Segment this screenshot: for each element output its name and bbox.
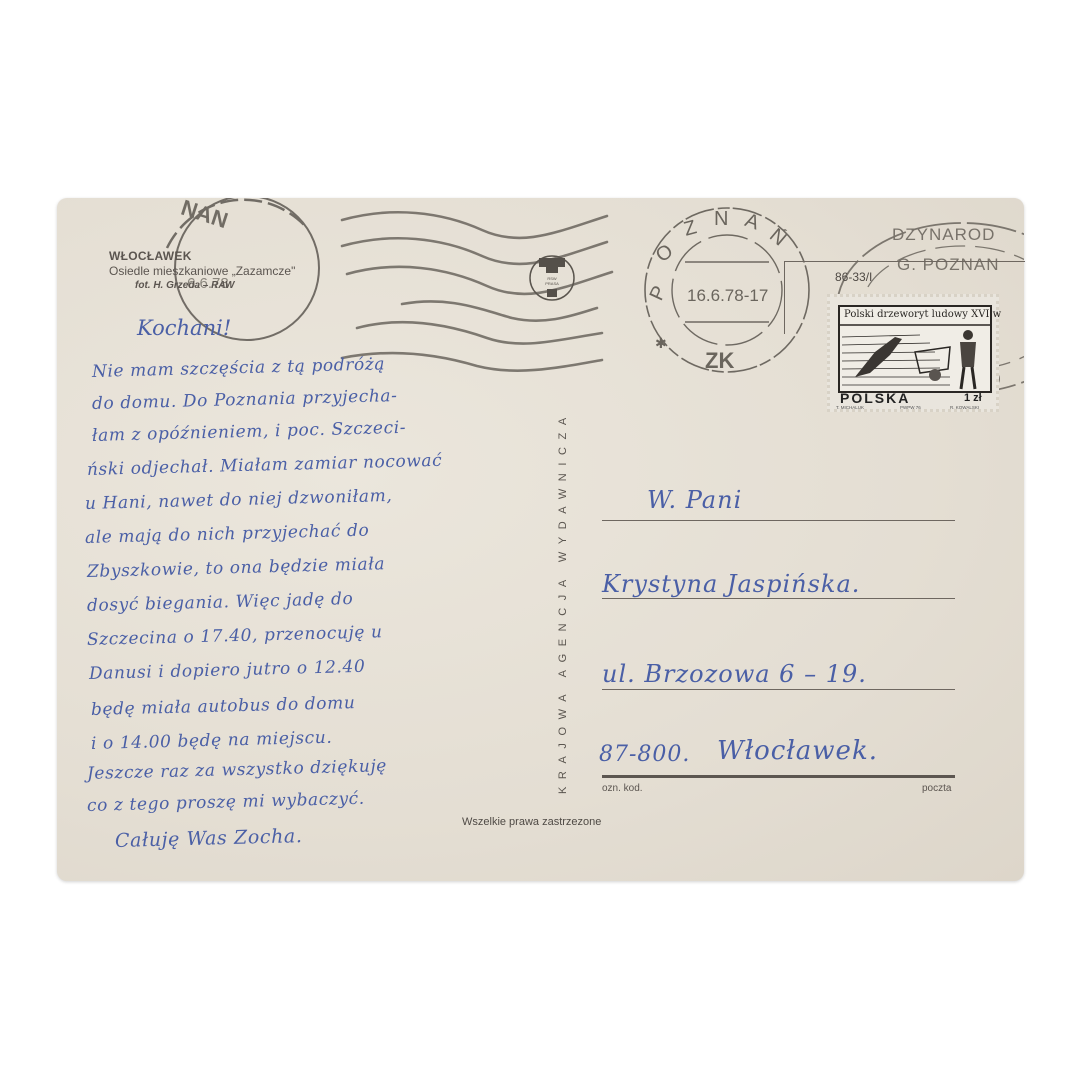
stamp-country: POLSKA xyxy=(840,390,910,406)
svg-text:Ń: Ń xyxy=(765,224,791,251)
address-rule-4 xyxy=(602,775,955,778)
place-title: WŁOCŁAWEK xyxy=(109,249,192,263)
address-rule-1 xyxy=(602,520,955,521)
rights-notice: Wszelkie prawa zastrzezone xyxy=(462,816,601,828)
stamp-designer: T. MICHALUK xyxy=(836,405,864,410)
address-line-3: ul. Brzozowa 6 – 19. xyxy=(602,660,867,688)
postcard: RSW PRASA NAN 6.6.78 16.6.78-17 P O Z N … xyxy=(57,198,1024,881)
stamp-artwork: Polski drzeworyt ludowy XVI w xyxy=(838,305,992,393)
wavy-cancellation-lines xyxy=(342,212,612,370)
stamp-engraver: R. KOWALSKI xyxy=(950,405,979,410)
svg-text:16.6.78-17: 16.6.78-17 xyxy=(687,286,768,305)
stamp-printer: PWPW 76 xyxy=(900,405,921,410)
svg-text:DZYNAROD: DZYNAROD xyxy=(892,225,995,244)
svg-text:✱: ✱ xyxy=(655,335,667,351)
postage-stamp: Polski drzeworyt ludowy XVI w POLSKA 1 xyxy=(827,294,999,412)
svg-text:ZK: ZK xyxy=(705,348,734,373)
address-rule-3 xyxy=(602,689,955,690)
address-line-1: W. Pani xyxy=(647,486,742,514)
svg-text:N: N xyxy=(714,208,728,230)
svg-text:Z: Z xyxy=(681,216,698,240)
address-rule-2 xyxy=(602,598,955,599)
woodcut-fisherman-icon xyxy=(840,307,990,391)
postal-code-label: ozn. kod. xyxy=(602,783,643,794)
svg-text:O: O xyxy=(652,240,677,267)
publisher-logo: RSW PRASA xyxy=(530,256,574,300)
address-line-2: Krystyna Jaspińska. xyxy=(602,570,860,598)
address-postal-code: 87-800. xyxy=(599,742,690,767)
svg-text:P: P xyxy=(646,283,672,304)
catalog-number: 86-33/I xyxy=(835,270,872,284)
publisher-vertical-text: KRAJOWA AGENCJA WYDAWNICZA xyxy=(557,410,569,794)
address-city: Włocławek. xyxy=(717,736,878,766)
svg-text:PRASA: PRASA xyxy=(545,281,559,286)
photo-credit: fot. H. Grzeda – RAW xyxy=(135,280,234,291)
post-office-label: poczta xyxy=(922,783,951,794)
message-salutation: Kochani! xyxy=(137,316,231,340)
svg-text:A: A xyxy=(742,209,763,234)
stamp-value: 1 zł xyxy=(964,392,982,404)
place-subtitle: Osiedle mieszkaniowe „Zazamcze" xyxy=(109,264,295,278)
